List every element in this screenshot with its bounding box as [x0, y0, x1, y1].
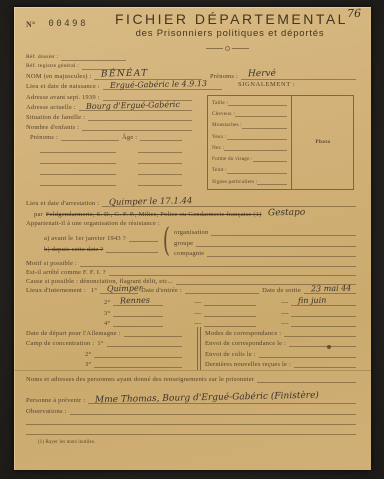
cause-row: Cause si possible : dénonciation, flagra… — [26, 276, 356, 285]
ref-dossier-row: Réf. dossier : — [26, 52, 126, 61]
moustaches-label: Moustaches : — [212, 123, 242, 128]
child-blank-row — [40, 166, 182, 175]
par-value: Gestapo — [267, 209, 304, 219]
sortie-value: fin juin — [298, 297, 327, 306]
prenoms-line: Hervé — [241, 71, 356, 80]
blank-line — [257, 374, 356, 383]
observations-blank-row — [26, 416, 356, 425]
sortie-dash: — — [281, 310, 288, 317]
blank-line — [124, 328, 182, 337]
blank-line — [227, 167, 287, 174]
yeux-label: Yeux : — [212, 135, 227, 140]
adresse-actuelle-row: Adresse actuelle : Bourg d'Ergué-Gabéric — [26, 102, 192, 111]
age-label: Âge : — [122, 135, 137, 142]
naissance-line: Ergué-Gabéric le 4.9.13 — [103, 81, 222, 90]
page-subtitle: des Prisonniers politiques et déportés — [115, 28, 345, 39]
fold-crease — [14, 370, 371, 371]
par-struck-text: Feldgendarmerie, S. D., G. F. P., Milice… — [46, 212, 262, 219]
sortie-line: 23 mai 44 — [304, 285, 356, 294]
enfants-prenoms-label: Prénoms : — [30, 135, 58, 142]
prenoms-row: Prénoms : Hervé — [210, 71, 356, 80]
nez-label: Nez : — [212, 146, 224, 151]
photo-box: Photo — [293, 96, 353, 189]
avant-1943-label: a) avant le 1er janvier 1943 ? — [44, 236, 126, 243]
blank-line — [94, 349, 182, 358]
observations-blank-row — [26, 426, 356, 435]
blank-line — [40, 144, 116, 153]
blank-line — [204, 318, 256, 327]
blank-line — [253, 155, 287, 162]
blank-line — [80, 258, 356, 267]
option-groupe-row: groupe — [174, 238, 356, 247]
prevenir-row: Personne à prévenir : Mme Thomas, Bourg … — [26, 393, 356, 404]
blank-line — [138, 177, 182, 186]
page-title: FICHIER DÉPARTEMENTAL — [115, 11, 345, 27]
internement-label: Lieux d'internement : — [26, 288, 86, 295]
entree-label: Date d'entrée : — [141, 288, 182, 295]
footnote: (1) Rayer les mots inutiles. — [38, 441, 95, 446]
column-divider — [197, 327, 201, 370]
signalement-title: SIGNALEMENT : — [238, 82, 295, 89]
camp-num: 3° — [85, 362, 91, 369]
naissance-label: Lieu et date de naissance : — [26, 84, 100, 91]
motif-row: Motif si possible : — [26, 258, 356, 267]
situation-label: Situation de famille : — [26, 115, 85, 122]
depuis-date-label: b) depuis cette date ? — [44, 247, 103, 254]
arrestation-row: Lieu et date d'arrestation : Quimper le … — [26, 198, 356, 207]
blank-line — [235, 110, 287, 117]
blank-line — [61, 132, 119, 141]
internement-lieu: Rennes — [120, 297, 150, 306]
arrestation-line: Quimper le 17.1.44 — [102, 198, 356, 207]
ornament-divider — [206, 46, 249, 51]
blank-line — [228, 99, 287, 106]
blank-line — [113, 308, 163, 317]
internement-row-2: 2° Rennes — — fin juin — [104, 297, 356, 306]
ink-stain — [327, 345, 331, 349]
blank-line — [94, 359, 182, 368]
child-blank-row — [40, 144, 182, 153]
card-number: N° 00498 — [26, 20, 88, 29]
prenoms-label: Prénoms : — [210, 74, 238, 81]
ref-registre-label: Réf. registre général : — [26, 64, 79, 70]
avant-1943-row: a) avant le 1er janvier 1943 ? — [44, 233, 158, 242]
dernieres-nouvelles-row: Dernières nouvelles reçues le : — [205, 359, 356, 368]
camp-label: Camp de concentration : — [26, 341, 94, 348]
photo-label: Photo — [316, 140, 331, 145]
blank-line — [257, 178, 287, 185]
envoi-correspondance-row: Envoi de correspondance le : — [205, 338, 356, 347]
blank-line — [284, 328, 356, 337]
nom-value: BÉNÉAT — [101, 70, 149, 80]
arrestation-label: Lieu et date d'arrestation : — [26, 201, 99, 208]
fichier-card: N° 00498 FICHIER DÉPARTEMENTAL 76 des Pr… — [14, 7, 371, 470]
entree-dash: — — [194, 310, 201, 317]
prevenir-line: Mme Thomas, Bourg d'Ergué-Gabéric (Finis… — [88, 395, 356, 404]
blank-line — [113, 318, 163, 327]
enfants-row: Nombre d'enfants : — [26, 122, 192, 131]
prenoms-value: Hervé — [248, 70, 276, 80]
entree-dash: — — [194, 320, 201, 327]
prevenir-value: Mme Thomas, Bourg d'Ergué-Gabéric (Finis… — [95, 392, 319, 406]
blank-line — [196, 238, 356, 247]
prevenir-label: Personne à prévenir : — [26, 398, 85, 405]
internement-num: 1° — [91, 288, 97, 295]
dernieres-nouvelles-label: Dernières nouvelles reçues le : — [205, 362, 291, 369]
par-prefix: par — [34, 212, 43, 219]
internement-lieu: Quimper — [107, 285, 143, 294]
option-compagnie: compagnie — [174, 251, 204, 258]
adresse-actuelle-value: Bourg d'Ergué-Gabéric — [86, 101, 180, 111]
blank-line — [242, 122, 287, 129]
blank-line — [107, 338, 182, 347]
cheveux-label: Cheveux : — [212, 112, 235, 117]
situation-row: Situation de famille : — [26, 112, 192, 121]
envoi-colis-row: Envoi de colis le : — [205, 349, 356, 358]
blank-line — [224, 144, 287, 151]
blank-line — [259, 349, 356, 358]
sortie-dash: — — [281, 320, 288, 327]
internement-num: 4° — [104, 321, 110, 328]
depart-allemagne-label: Date de départ pour l'Allemagne : — [26, 331, 121, 338]
arrestation-par-row: par Feldgendarmerie, S. D., G. F. P., Mi… — [34, 209, 305, 218]
camp-row-1: Camp de concentration : 1° — [26, 338, 182, 347]
sortie-dash: — — [281, 299, 288, 306]
blank-line — [40, 166, 116, 175]
blank-line — [204, 297, 256, 306]
modes-correspondance-label: Modes de correspondance : — [205, 331, 281, 338]
ffi-row: Est-il arrêté comme F. F. I. ? — [26, 267, 356, 276]
option-compagnie-row: compagnie — [174, 248, 356, 257]
blank-line — [140, 132, 182, 141]
blank-line — [26, 426, 356, 435]
signes-label: Signes particuliers : — [212, 180, 257, 185]
teint-label: Teint : — [212, 168, 227, 173]
sortie-line: fin juin — [291, 297, 356, 306]
signalement-box: Taille : Cheveux : Moustaches : Yeux : N… — [207, 95, 354, 190]
child-blank-row — [40, 177, 182, 186]
envoi-correspondance-label: Envoi de correspondance le : — [205, 341, 286, 348]
blank-line — [138, 166, 182, 175]
blank-line — [70, 406, 356, 415]
number-label: N° — [26, 21, 35, 29]
blank-line — [109, 267, 356, 276]
option-organisation: organisation — [174, 230, 208, 237]
internement-row-4: 4° — — — [104, 318, 356, 327]
blank-line — [106, 244, 158, 253]
blank-line — [294, 359, 356, 368]
option-organisation-row: organisation — [174, 227, 356, 236]
blank-line — [26, 416, 356, 425]
renseignements-label: Noms et adresses des personnes ayant don… — [26, 377, 254, 384]
observations-label: Observations : — [26, 409, 67, 416]
observations-row: Observations : — [26, 406, 356, 415]
depuis-date-row: b) depuis cette date ? — [44, 244, 158, 253]
adresse-actuelle-line: Bourg d'Ergué-Gabéric — [79, 102, 192, 111]
entree-dash: — — [194, 299, 201, 306]
internement-row-1: Lieux d'internement : 1° Quimper Date d'… — [26, 285, 356, 294]
blank-line — [291, 308, 356, 317]
blank-line — [88, 112, 192, 121]
taille-label: Taille : — [212, 101, 228, 106]
internement-lieu-line: Quimper — [100, 285, 138, 294]
signalement-fields: Taille : Cheveux : Moustaches : Yeux : N… — [208, 96, 292, 189]
sortie-label: Date de sortie — [262, 288, 301, 295]
sortie-value: 23 mai 44 — [311, 285, 352, 294]
adresse-avant-label: Adresse avant sept. 1939 : — [26, 95, 100, 102]
blank-line — [227, 133, 287, 140]
renseignements-row: Noms et adresses des personnes ayant don… — [26, 374, 356, 383]
blank-line — [204, 308, 256, 317]
blank-line — [211, 227, 356, 236]
modes-correspondance-row: Modes de correspondance : — [205, 328, 356, 337]
internement-row-3: 3° — — — [104, 308, 356, 317]
envoi-colis-label: Envoi de colis le : — [205, 352, 256, 359]
camp-num: 2° — [85, 352, 91, 359]
naissance-row: Lieu et date de naissance : Ergué-Gabéri… — [26, 81, 222, 90]
internement-num: 2° — [104, 300, 110, 307]
blank-line — [40, 155, 116, 164]
child-blank-row — [40, 155, 182, 164]
option-groupe: groupe — [174, 241, 193, 248]
camp-row-2: 2° — [85, 349, 182, 358]
blank-line — [291, 318, 356, 327]
nom-label: NOM (en majuscules) : — [26, 74, 91, 81]
adresse-actuelle-label: Adresse actuelle : — [26, 105, 76, 112]
internement-num: 3° — [104, 311, 110, 318]
blank-line — [207, 248, 356, 257]
blank-line — [185, 285, 259, 294]
blank-line — [138, 144, 182, 153]
blank-line — [40, 177, 116, 186]
blank-line — [82, 122, 192, 131]
camp-row-3: 3° — [85, 359, 182, 368]
enfants-prenoms-row: Prénoms : Âge : — [30, 132, 182, 141]
naissance-value: Ergué-Gabéric le 4.9.13 — [110, 80, 207, 90]
blank-line — [138, 155, 182, 164]
arrestation-value: Quimper le 17.1.44 — [109, 197, 193, 207]
visage-label: Forme du visage : — [212, 157, 253, 162]
options-brace: ( — [163, 223, 170, 256]
organisation-question: Appartenait-il à une organisation de rés… — [26, 221, 160, 228]
camp-num: 1° — [97, 341, 103, 348]
depart-allemagne-row: Date de départ pour l'Allemagne : — [26, 328, 182, 337]
blank-line — [129, 233, 158, 242]
blank-line — [289, 338, 356, 347]
number-stamp: 00498 — [48, 19, 88, 29]
internement-lieu-line: Rennes — [113, 297, 163, 306]
enfants-label: Nombre d'enfants : — [26, 125, 79, 132]
page-annotation: 76 — [347, 8, 361, 19]
blank-line — [61, 52, 126, 61]
